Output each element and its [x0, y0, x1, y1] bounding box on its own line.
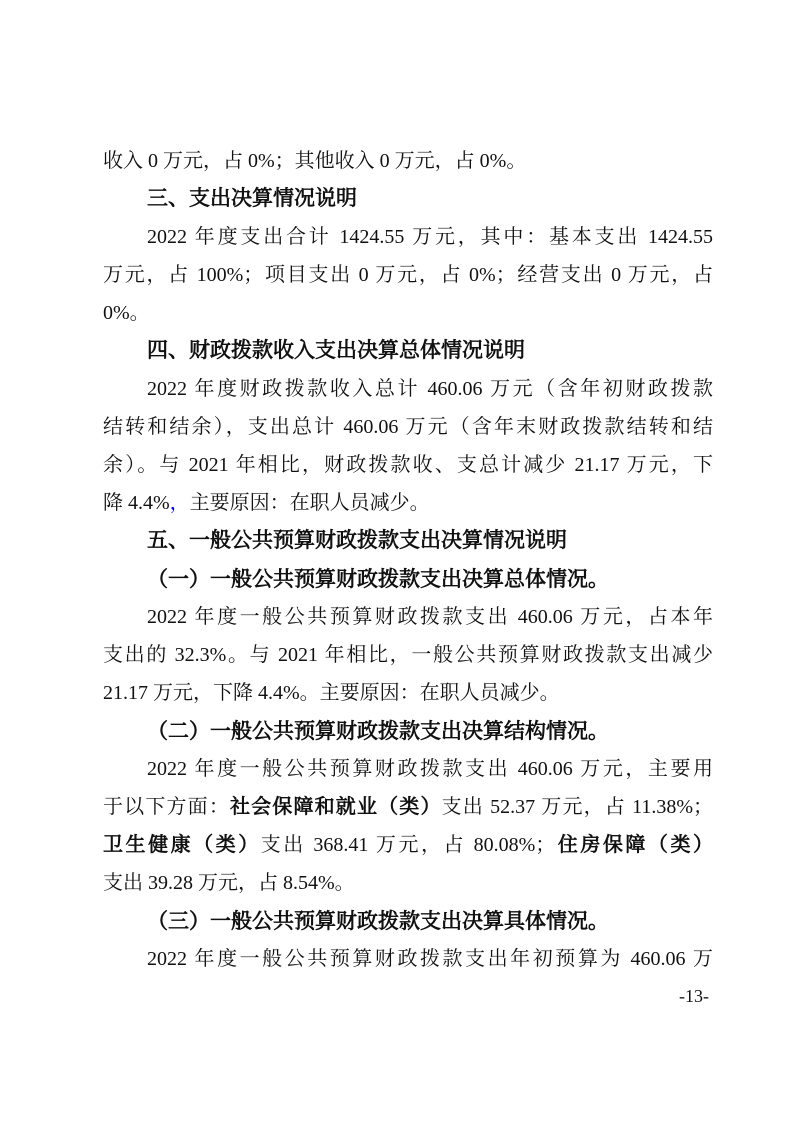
bold-category-label: 社会保障和就业（类） — [230, 796, 442, 818]
page-number: -13- — [679, 984, 709, 1008]
body-line: 卫生健康（类）支出 368.41 万元，占 80.08%；住房保障（类） — [103, 826, 713, 864]
text-segment: 降 4.4% — [103, 492, 170, 514]
body-line: 余）。与 2021 年相比，财政拨款收、支总计减少 21.17 万元，下 — [103, 446, 713, 484]
document-body: 收入 0 万元，占 0%；其他收入 0 万元，占 0%。 三、支出决算情况说明 … — [103, 142, 713, 978]
heading-sub-2: （二）一般公共预算财政拨款支出决算结构情况。 — [103, 712, 713, 750]
body-line: 支出的 32.3%。与 2021 年相比，一般公共预算财政拨款支出减少 — [103, 636, 713, 674]
body-line: 降 4.4%，主要原因：在职人员减少。 — [103, 484, 713, 522]
heading-section-3: 三、支出决算情况说明 — [103, 180, 713, 218]
body-line: 2022 年度一般公共预算财政拨款支出 460.06 万元，主要用 — [103, 750, 713, 788]
document-page: 收入 0 万元，占 0%；其他收入 0 万元，占 0%。 三、支出决算情况说明 … — [0, 0, 793, 1122]
text-segment: 支出 368.41 万元，占 80.08%； — [261, 834, 555, 856]
body-line: 于以下方面：社会保障和就业（类）支出 52.37 万元，占 11.38%； — [103, 788, 713, 826]
bold-category-label: 住房保障（类） — [555, 834, 713, 856]
paragraph-continuation-line: 收入 0 万元，占 0%；其他收入 0 万元，占 0%。 — [103, 142, 713, 180]
blue-comma: ， — [170, 492, 190, 514]
bold-category-label: 卫生健康（类） — [103, 834, 261, 856]
body-line: 0%。 — [103, 294, 713, 332]
heading-sub-1: （一）一般公共预算财政拨款支出决算总体情况。 — [103, 560, 713, 598]
text-segment: 支出 52.37 万元，占 11.38%； — [442, 796, 713, 818]
text-segment: 主要原因：在职人员减少。 — [190, 492, 430, 514]
text-segment: 于以下方面： — [103, 796, 230, 818]
heading-sub-3: （三）一般公共预算财政拨款支出决算具体情况。 — [103, 902, 713, 940]
body-line: 2022 年度财政拨款收入总计 460.06 万元（含年初财政拨款 — [103, 370, 713, 408]
heading-section-5: 五、一般公共预算财政拨款支出决算情况说明 — [103, 522, 713, 560]
body-line: 21.17 万元，下降 4.4%。主要原因：在职人员减少。 — [103, 674, 713, 712]
body-line: 结转和结余），支出总计 460.06 万元（含年末财政拨款结转和结 — [103, 408, 713, 446]
body-line: 2022 年度一般公共预算财政拨款支出年初预算为 460.06 万 — [103, 940, 713, 978]
heading-section-4: 四、财政拨款收入支出决算总体情况说明 — [103, 332, 713, 370]
body-line: 2022 年度一般公共预算财政拨款支出 460.06 万元，占本年 — [103, 598, 713, 636]
body-line: 万元，占 100%；项目支出 0 万元，占 0%；经营支出 0 万元，占 — [103, 256, 713, 294]
body-line: 支出 39.28 万元，占 8.54%。 — [103, 864, 713, 902]
body-line: 2022 年度支出合计 1424.55 万元，其中：基本支出 1424.55 — [103, 218, 713, 256]
